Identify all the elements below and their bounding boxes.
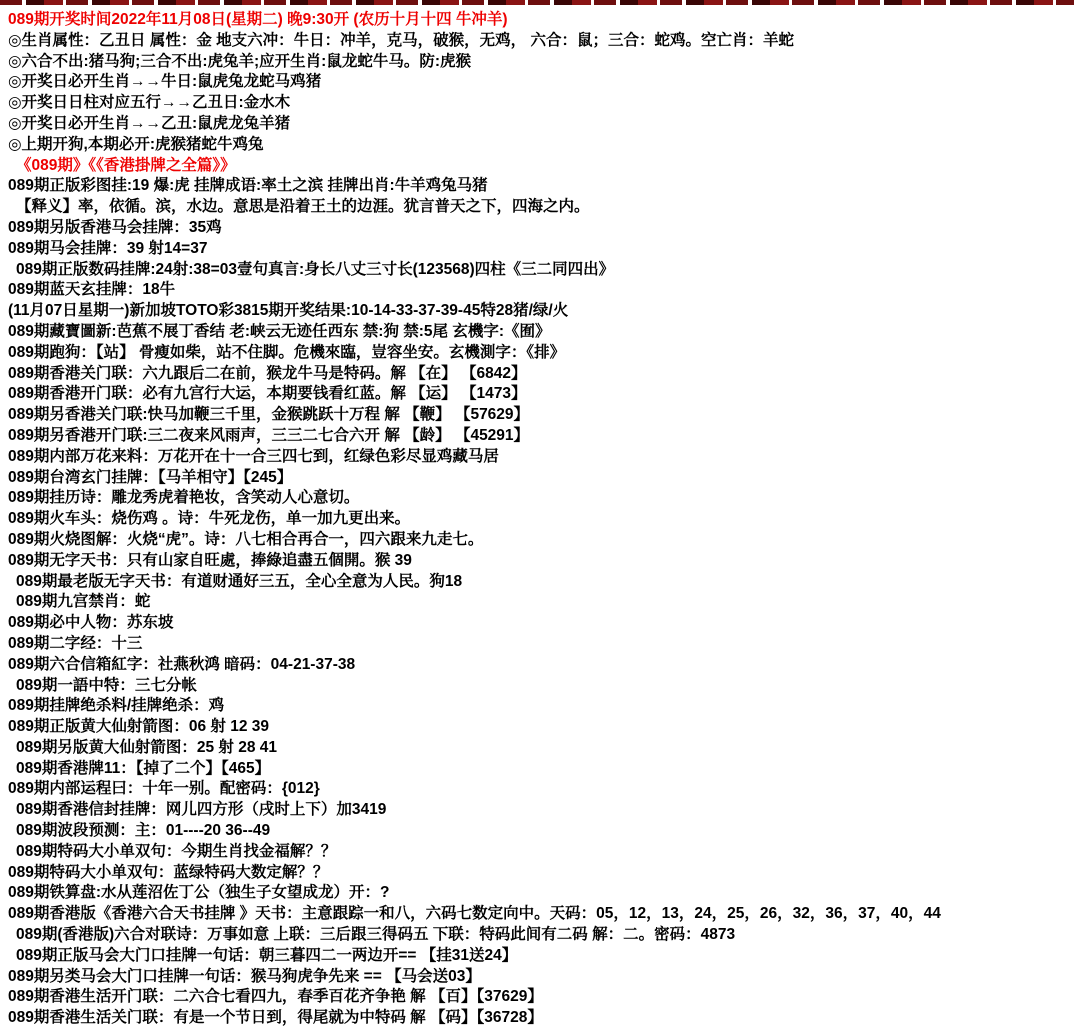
text-line: 089期另类马会大门口挂牌一句话：猴马狗虎争先来 == 【马会送03】: [8, 967, 1070, 988]
text-line: 089期无字天书：只有山家自旺處，捧綠追盡五個開。猴 39: [8, 551, 1070, 572]
text-line: 089期六合信箱紅字：社燕秋鸿 暗码：04-21-37-38: [8, 655, 1070, 676]
text-line: 089期马会挂牌：39 射14=37: [8, 239, 1070, 260]
draw-time-header: 089期开奖时间2022年11月08日(星期二) 晚9:30开 (农历十月十四 …: [8, 10, 1070, 31]
text-line: 【释义】率，依循。滨，水边。意思是沿着王土的边涯。犹言普天之下，四海之内。: [8, 197, 1070, 218]
text-line: 089期一語中特：三七分帐: [8, 676, 1070, 697]
text-line: (11月07日星期一)新加坡TOTO彩3815期开奖结果:10-14-33-37…: [8, 301, 1070, 322]
text-line: 089期香港生活关门联：有是一个节日到，得尾就为中特码 解 【码】【36728】: [8, 1008, 1070, 1029]
text-line: 089期内部运程曰：十年一别。配密码：{012}: [8, 779, 1070, 800]
text-line: 089期台湾玄门挂牌：【马羊相守】【245】: [8, 468, 1070, 489]
text-line: 089期香港生活开门联：二六合七看四九，春季百花齐争艳 解 【百】【37629】: [8, 987, 1070, 1008]
text-line: 089期另香港关门联:快马加鞭三千里，金猴跳跃十万程 解 【鞭】 【57629】: [8, 405, 1070, 426]
text-line: ◎六合不出:猪马狗;三合不出:虎兔羊;应开生肖:鼠龙蛇牛马。防:虎猴: [8, 52, 1070, 73]
text-line: 089期正版数码挂牌:24射:38=03壹句真言:身长八丈三寸长(123568)…: [8, 260, 1070, 281]
text-line: ◎开奖日必开生肖→→乙丑:鼠虎龙兔羊猪: [8, 114, 1070, 135]
text-line: 089期最老版无字天书：有道财通好三五，全心全意为人民。狗18: [8, 572, 1070, 593]
text-line: 089期内部万花来料：万花开在十一合三四七到，红绿色彩尽显鸡藏马居: [8, 447, 1070, 468]
text-line: 089期正版彩图挂:19 爆:虎 挂牌成语:率土之滨 挂牌出肖:牛羊鸡兔马猪: [8, 176, 1070, 197]
text-line: 089期挂牌绝杀料/挂牌绝杀：鸡: [8, 696, 1070, 717]
text-line: 089期波段预测：主：01----20 36--49: [8, 821, 1070, 842]
text-line: 089期(香港版)六合对联诗：万事如意 上联：三后跟三得码五 下联：特码此间有二…: [8, 925, 1070, 946]
text-line: 089期另版黄大仙射箭图：25 射 28 41: [8, 738, 1070, 759]
text-line: 089期必中人物：苏东坡: [8, 613, 1070, 634]
text-line: 089期二字经：十三: [8, 634, 1070, 655]
text-line: ◎开奖日必开生肖→→牛日:鼠虎兔龙蛇马鸡猪: [8, 72, 1070, 93]
text-line: 089期另香港开门联:三二夜来风雨声，三三二七合六开 解 【龄】 【45291】: [8, 426, 1070, 447]
text-line: 089期九宫禁肖：蛇: [8, 592, 1070, 613]
text-line: 089期特码大小单双句：今期生肖找金福解？？: [8, 842, 1070, 863]
lottery-info-document: 089期开奖时间2022年11月08日(星期二) 晚9:30开 (农历十月十四 …: [0, 5, 1074, 1029]
text-line: 089期特码大小单双句：蓝绿特码大数定解？？: [8, 863, 1070, 884]
text-line: 089期香港信封挂牌：网儿四方形（戌时上下）加3419: [8, 800, 1070, 821]
text-line: 089期跑狗：【站】 骨瘦如柴，站不住脚。危機來臨，豈容坐安。玄機測字：《排》: [8, 343, 1070, 364]
text-line: 089期正版黄大仙射箭图：06 射 12 39: [8, 717, 1070, 738]
text-line: 089期香港开门联：必有九宫行大运，本期要钱看红蓝。解 【运】 【1473】: [8, 384, 1070, 405]
text-line: 089期另版香港马会挂牌：35鸡: [8, 218, 1070, 239]
text-line: 089期香港关门联：六九跟后二在前，猴龙牛马是特码。解 【在】 【6842】: [8, 364, 1070, 385]
text-line: 089期藏寶圖新:芭蕉不展丁香结 老:峡云无迹任西东 禁:狗 禁:5尾 玄機字:…: [8, 322, 1070, 343]
text-line: ◎上期开狗,本期必开:虎猴猪蛇牛鸡兔: [8, 135, 1070, 156]
section-header: 《089期》《《香港掛牌之全篇》》: [8, 156, 1070, 177]
text-line: 089期挂历诗：雕龙秀虎着艳妆，含笑动人心意切。: [8, 488, 1070, 509]
text-line: 089期香港牌11：【掉了二个】【465】: [8, 759, 1070, 780]
text-line: 089期香港版《香港六合天书挂牌 》天书：主意跟踪一和八，六码七数定向中。天码：…: [8, 904, 1070, 925]
text-line: 089期火车头：烧伤鸡 。诗：牛死龙伤，单一加九更出来。: [8, 509, 1070, 530]
text-line: 089期铁算盘:水从莲沼佐丁公（独生子女望成龙）开：?: [8, 883, 1070, 904]
text-line: ◎开奖日日柱对应五行→→乙丑日:金水木: [8, 93, 1070, 114]
text-line: ◎生肖属性：乙丑日 属性：金 地支六冲：牛日：冲羊，克马，破猴，无鸡， 六合：鼠…: [8, 31, 1070, 52]
text-line: 089期正版马会大门口挂牌一句话：朝三暮四二一两边开== 【挂31送24】: [8, 946, 1070, 967]
text-line: 089期火烧图解：火烧“虎”。诗：八七相合再合一，四六跟来九走七。: [8, 530, 1070, 551]
text-line: 089期蓝天玄挂牌：18牛: [8, 280, 1070, 301]
